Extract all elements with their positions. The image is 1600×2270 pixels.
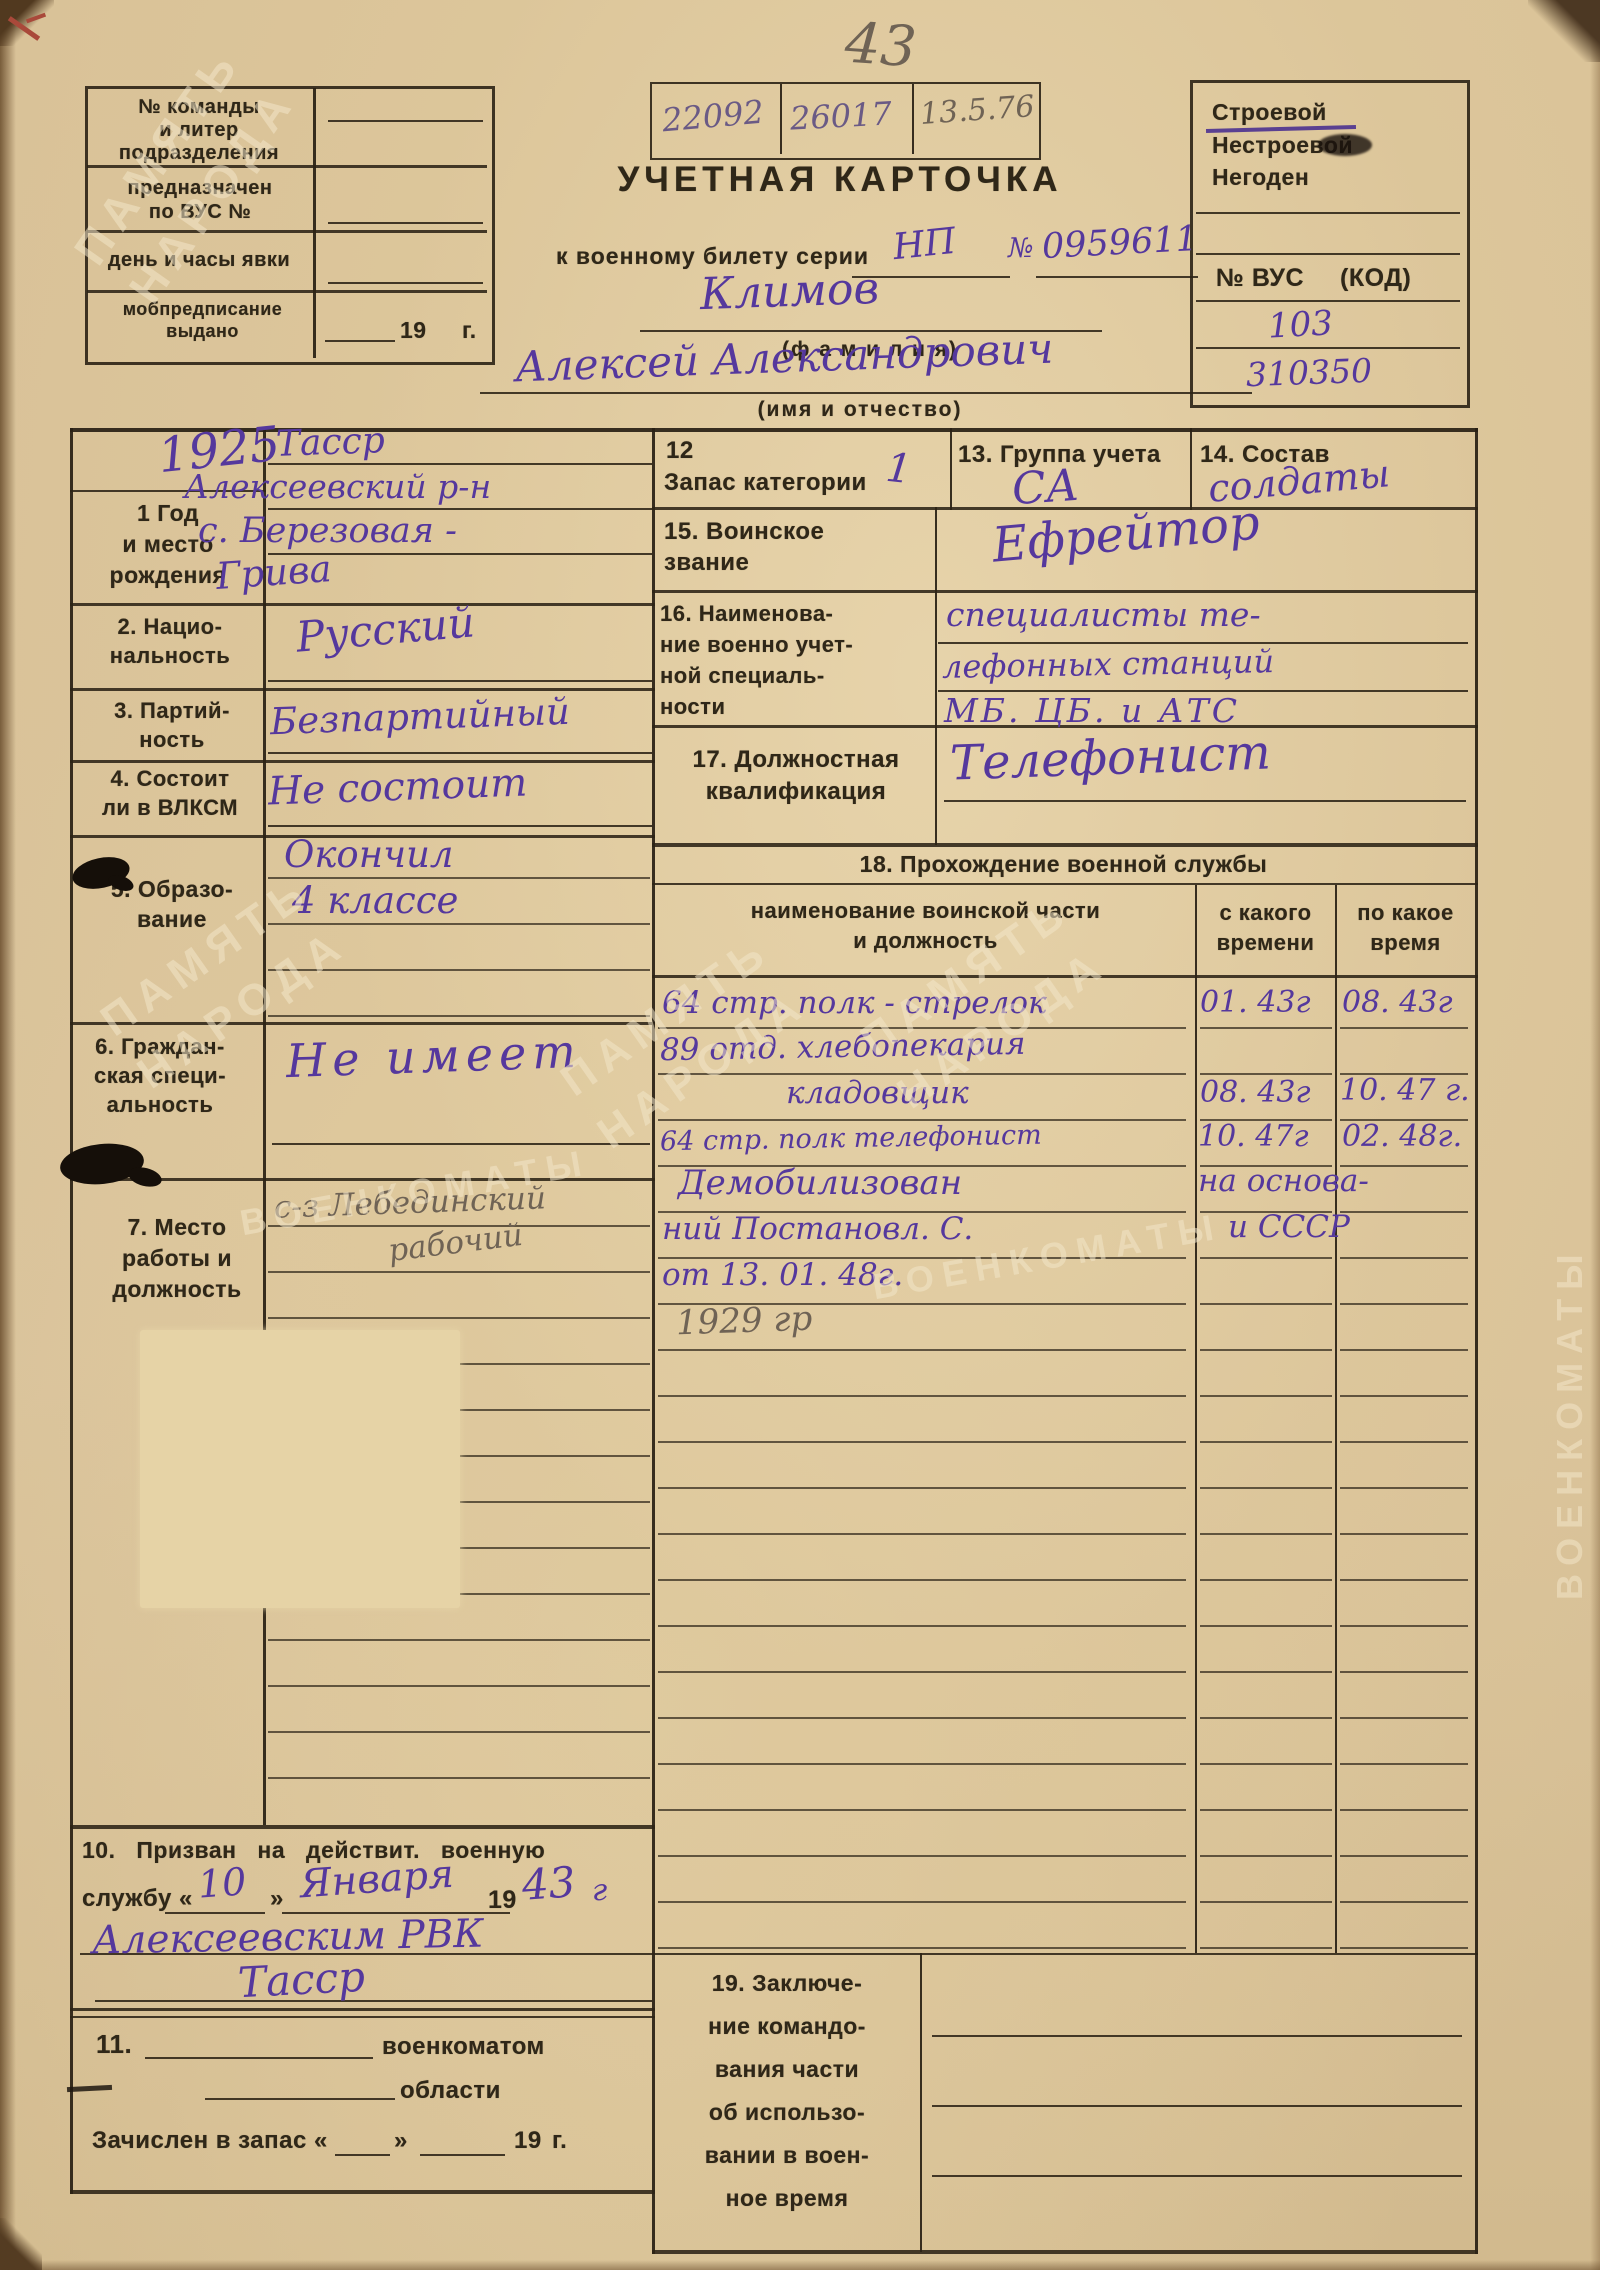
reserve-quote-close: » (394, 2126, 408, 2157)
page-number: 43 (843, 8, 919, 84)
conscription-year-suffix: г (592, 1872, 607, 1910)
pencil-note: 1929 гр (675, 1298, 813, 1346)
vlksm-value: Не состоит (267, 759, 528, 817)
series-value: НП (891, 219, 958, 270)
form-border (652, 2250, 1478, 2254)
field4-label: 4. Состоит ли в ВЛКСМ (80, 764, 260, 822)
blank-line (932, 2175, 1462, 2177)
corner-shade-top-right (1528, 0, 1600, 62)
scanned-registration-card: ПАМЯТЬ НАРОДА ПАМЯТЬ НАРОДА ПАМЯТЬ НАРОД… (0, 0, 1600, 2270)
party-value: Безпартийный (269, 689, 570, 746)
year-placeholder: 19 (400, 316, 427, 345)
divider (1196, 212, 1460, 214)
field3-label: 3. Партий- ность (92, 696, 252, 754)
stamp-cell: 13.5.76 (919, 88, 1036, 134)
divider (652, 1953, 1478, 1955)
watermark-text: ВОЕНКОМАТЫ (1544, 1245, 1596, 1600)
corner-shade-bottom-left (0, 2218, 42, 2270)
service-col-to: по какое время (1338, 898, 1473, 958)
divider (912, 84, 914, 154)
demobilization-line1: Демобилизован (678, 1162, 962, 1205)
blank-line (145, 2057, 373, 2059)
blank-line (268, 680, 652, 682)
scan-edge-left (0, 0, 16, 2270)
field17-label: 17. Должностная квалификация (660, 744, 932, 808)
blank-line (268, 752, 652, 754)
conscription-year-print: 19 (488, 1884, 517, 1916)
divider (935, 507, 937, 845)
divider (313, 88, 316, 358)
service-row-to: 02. 48г. (1342, 1118, 1462, 1156)
divider (652, 428, 655, 2254)
field19-label: 19. Заключе- ние командо- вания части об… (658, 1962, 916, 2220)
divider (1195, 885, 1197, 1953)
kod-value: 310350 (1245, 350, 1372, 396)
specialty-line2: лефонных станций (942, 641, 1275, 687)
divider (1335, 885, 1337, 1953)
demobilization-line2-right: и СССР (1228, 1208, 1350, 1247)
divider (70, 2008, 655, 2011)
birth-place-line4: Грива (215, 546, 334, 600)
birth-place-line2: Алексеевский р-н (184, 466, 491, 507)
ticket-number: 0959611 (1041, 218, 1199, 270)
name-value: Алексей Александрович (514, 323, 1054, 394)
field2-label: 2. Нацио- нальность (84, 612, 256, 670)
divider (263, 428, 266, 1825)
vus-code-header: № ВУС (1216, 262, 1304, 294)
birth-place-line1: Тасср (275, 418, 385, 467)
reserve-category-value: 1 (883, 443, 914, 495)
service-row-from: 08. 43г (1200, 1074, 1311, 1112)
conscription-line2-prefix: службу « (82, 1884, 193, 1915)
conscription-month: Января (298, 1851, 455, 1910)
conscription-region: Тасср (237, 1951, 367, 2010)
reserve-year: 19 (514, 2126, 542, 2157)
stamp-cell: 26017 (789, 93, 893, 138)
card-title: УЧЕТНАЯ КАРТОЧКА (590, 158, 1090, 203)
form-border (1475, 428, 1478, 2254)
form-border (70, 428, 73, 2194)
kod-header: (КОД) (1340, 262, 1411, 294)
service-row-name: 64 стр. полк телефонист (660, 1119, 1042, 1159)
nationality-value: Русский (294, 596, 477, 664)
service-row-from: 01. 43г (1200, 984, 1311, 1022)
blank-line (272, 1143, 650, 1145)
blank-line (95, 2000, 652, 2002)
divider (652, 843, 1478, 847)
ink-blob (126, 1164, 163, 1190)
civil-specialty-value: Не имеет (285, 1023, 583, 1091)
field12-label: Запас категории (664, 468, 867, 499)
divider (70, 760, 655, 763)
divider (652, 883, 1478, 885)
ink-smudge (1318, 134, 1372, 156)
service-section-title: 18. Прохождение военной службы (652, 850, 1475, 879)
mob-order-label: мобпредписание выдано (100, 298, 305, 342)
year-suffix: г. (462, 316, 477, 345)
service-row-to: 08. 43г (1342, 984, 1453, 1022)
blank-line (328, 120, 483, 122)
demobilization-line2: ний Постановл. С. (662, 1210, 973, 1249)
reserve-year-suffix: г. (552, 2126, 567, 2157)
vus-value: 103 (1267, 302, 1334, 348)
conscription-year-hw: 43 (520, 1856, 577, 1912)
divider (920, 1953, 922, 2252)
blank-line (944, 800, 1466, 802)
field7-label: 7. Место работы и должность (92, 1212, 262, 1305)
field15-label: 15. Воинское звание (664, 516, 914, 578)
blank-line (328, 282, 483, 284)
divider (950, 428, 952, 510)
name-caption: (имя и отчество) (690, 397, 1030, 424)
divider (652, 590, 1478, 593)
blank-line (420, 2154, 505, 2156)
fitness-option-stroevoy: Строевой (1212, 98, 1327, 127)
blank-line (480, 392, 1252, 394)
service-row-from: 10. 47г (1198, 1118, 1309, 1156)
scan-edge-bottom (0, 2260, 1600, 2270)
blank-line (325, 340, 395, 342)
divider (70, 1825, 655, 1829)
redaction-patch (140, 1330, 460, 1608)
blank-line (205, 2098, 395, 2100)
blank-line (268, 825, 652, 827)
field12-number: 12 (666, 436, 694, 467)
conscription-day: 10 (196, 1858, 248, 1909)
surname-value: Климов (699, 261, 880, 322)
oblast-label: области (400, 2076, 501, 2107)
blank-line (932, 2105, 1462, 2107)
blank-line (335, 2154, 390, 2156)
pen-dash (67, 2085, 112, 2092)
reserve-enlisted-label: Зачислен в запас « (92, 2126, 328, 2157)
blank-line (328, 222, 483, 224)
conscription-quote-close: » (270, 1884, 284, 1915)
divider (1196, 253, 1460, 255)
divider (70, 2016, 655, 2018)
fitness-option-negoden: Негоден (1212, 163, 1309, 192)
qualification-value: Телефонист (949, 722, 1272, 793)
specialty-line1: специалисты те- (946, 594, 1261, 635)
form-border (70, 2190, 655, 2194)
demobilization-line1-right: на основа- (1198, 1162, 1369, 1201)
blank-line (1036, 276, 1198, 278)
field16-label: 16. Наименова- ние военно учет- ной спец… (660, 598, 853, 722)
blank-line (932, 2035, 1462, 2037)
scan-edge-right (1590, 0, 1600, 2270)
education-line1: Окончил (284, 832, 453, 878)
number-sign: № (1008, 232, 1034, 266)
field11-number: 11. (96, 2028, 132, 2061)
service-row-to: 10. 47 г. (1340, 1072, 1470, 1110)
divider (1196, 347, 1460, 349)
divider (780, 84, 782, 154)
service-col-from: с какого времени (1198, 898, 1333, 958)
voenkomat-label: военкоматом (382, 2032, 545, 2063)
